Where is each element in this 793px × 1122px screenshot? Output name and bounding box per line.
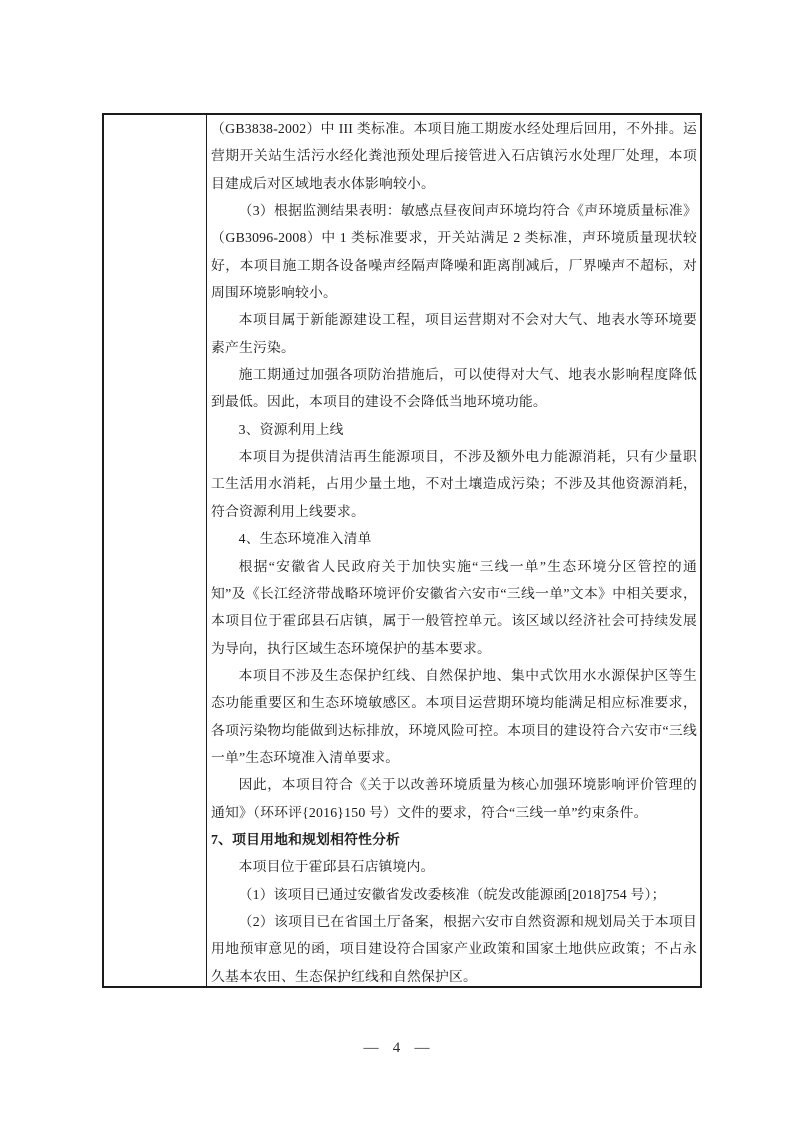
paragraph-approval-ndrc: （1）该项目已通过安徽省发改委核准（皖发改能源函[2018]754 号）； (211, 881, 697, 908)
table-content-cell: （GB3838-2002）中 III 类标准。本项目施工期废水经处理后回用，不外… (207, 115, 700, 986)
subsection-heading-eco-access-list: 4、生态环境准入清单 (211, 525, 697, 552)
table-label-cell (104, 115, 207, 986)
paragraph-noise-monitoring: （3）根据监测结果表明：敏感点昼夜间声环境均符合《声环境质量标准》（GB3096… (211, 197, 697, 306)
document-page: { "table": { "label_cell_text": "", "par… (0, 0, 793, 1122)
paragraph-new-energy-project: 本项目属于新能源建设工程，项目运营期对不会对大气、地表水等环境要素产生污染。 (211, 306, 697, 361)
subsection-heading-resource-use: 3、资源利用上线 (211, 416, 697, 443)
section-heading-land-use-planning: 7、项目用地和规划相符性分析 (211, 826, 697, 853)
paragraph-project-location: 本项目位于霍邱县石店镇境内。 (211, 853, 697, 880)
paragraph-resource-use: 本项目为提供清洁再生能源项目，不涉及额外电力能源消耗，只有少量职工生活用水消耗，… (211, 443, 697, 525)
page-number: — 4 — (0, 1040, 793, 1057)
paragraph-ecological-redline: 本项目不涉及生态保护红线、自然保护地、集中式饮用水水源保护区等生态功能重要区和生… (211, 662, 697, 771)
paragraph-water-standard: （GB3838-2002）中 III 类标准。本项目施工期废水经处理后回用，不外… (211, 115, 697, 197)
paragraph-three-lines-one-list-notice: 根据“安徽省人民政府关于加快实施“三线一单”生态环境分区管控的通知”及《长江经济… (211, 553, 697, 662)
paragraph-conclusion-compliance: 因此，本项目符合《关于以改善环境质量为核心加强环境影响评价管理的通知》（环环评{… (211, 771, 697, 826)
report-table: （GB3838-2002）中 III 类标准。本项目施工期废水经处理后回用，不外… (102, 113, 702, 988)
paragraph-land-filing: （2）该项目已在省国土厅备案，根据六安市自然资源和规划局关于本项目用地预审意见的… (211, 908, 697, 986)
paragraph-construction-mitigation: 施工期通过加强各项防治措施后，可以使得对大气、地表水影响程度降低到最低。因此，本… (211, 361, 697, 416)
